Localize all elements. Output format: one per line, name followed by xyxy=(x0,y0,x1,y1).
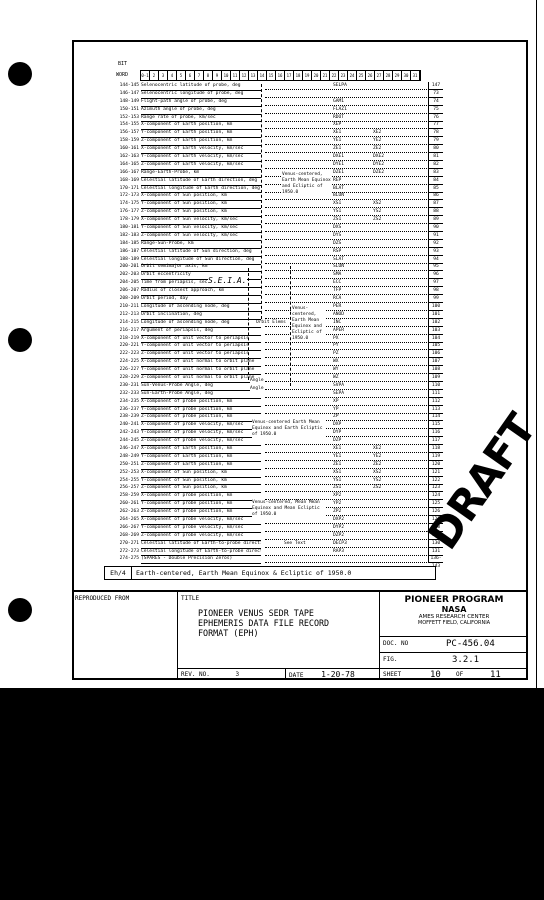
punch-hole xyxy=(8,62,32,86)
bit-column: 24 xyxy=(348,71,357,80)
record-word: 114 xyxy=(428,413,443,421)
mnemonic: INC xyxy=(333,319,341,327)
word-number: 220-221 xyxy=(113,342,139,350)
mnemonic: DZE1 xyxy=(333,169,344,177)
word-number: 232-233 xyxy=(113,390,139,398)
word-number: 172-173 xyxy=(113,192,139,200)
note-venus-centered: Venus-centered, Earth Mean Equinox and E… xyxy=(282,172,332,196)
table-row: 218-219X-component of unit vector to per… xyxy=(113,335,443,343)
table-row: 182-183Z-component of Sun velocity, km/s… xyxy=(113,232,443,240)
bit-column: 19 xyxy=(303,71,312,80)
word-number: 186-187 xyxy=(113,248,139,256)
record-word: 95 xyxy=(428,263,443,271)
mnemonic: SELPA xyxy=(333,82,347,90)
bit-column: 31 xyxy=(411,71,420,80)
mnemonic: DXP2 xyxy=(333,516,344,524)
record-word: 103 xyxy=(428,327,443,335)
field-line xyxy=(265,445,429,453)
record-word: 86 xyxy=(428,192,443,200)
mnemonic: PER xyxy=(333,303,341,311)
mnemonic: ZE1 xyxy=(333,461,341,469)
field-line xyxy=(265,555,429,563)
table-row: 152-153Range rate of probe, km/secRDOT76 xyxy=(113,114,443,122)
table-row: 168-169Celestial latitude of Earth direc… xyxy=(113,177,443,185)
mnemonic: SLAT xyxy=(333,256,344,264)
figure-field: FIG. 3.2.1 xyxy=(380,652,528,666)
mnemonic: ANOD xyxy=(333,311,344,319)
word-number: 200-201 xyxy=(113,263,139,271)
bit-column: 7 xyxy=(195,71,204,80)
word-number: 246-247 xyxy=(113,445,139,453)
record-word: 104 xyxy=(428,335,443,343)
mnemonic: ZP xyxy=(333,413,339,421)
mnemonic: XS1 xyxy=(333,200,341,208)
of-label: OF xyxy=(456,669,463,681)
mnemonic: DYS xyxy=(333,232,341,240)
field-line xyxy=(265,114,429,122)
table-row: 158-159Z-component of Earth position, km… xyxy=(113,137,443,145)
word-number: 148-149 xyxy=(113,98,139,106)
mnemonic: FLAZ1 xyxy=(333,106,347,114)
field-line xyxy=(265,90,429,98)
agency-name: NASA xyxy=(380,605,528,614)
title-line: EPHEMERIS DATA FILE RECORD xyxy=(198,618,329,628)
word-number: 146-147 xyxy=(113,90,139,98)
record-word: 85 xyxy=(428,185,443,193)
mnemonic: SVPA xyxy=(333,382,344,390)
word-number: 234-235 xyxy=(113,398,139,406)
table-row: 270-271Celestial latitude of Earth-to-pr… xyxy=(113,540,443,548)
mnemonic: WZ xyxy=(333,374,339,382)
word-number: 212-213 xyxy=(113,311,139,319)
record-word: 87 xyxy=(428,200,443,208)
title-block: REPRODUCED FROM TITLE PIONEER VENUS SEDR… xyxy=(72,590,528,682)
field-line xyxy=(265,248,429,256)
word-number: 188-189 xyxy=(113,256,139,264)
record-word: 111 xyxy=(428,390,443,398)
record-word: 76 xyxy=(428,114,443,122)
title-label: TITLE xyxy=(181,595,199,602)
word-number: 218-219 xyxy=(113,335,139,343)
title-line: FORMAT (EPH) xyxy=(198,628,329,638)
mnemonic: DZP2 xyxy=(333,532,344,540)
page-edge xyxy=(536,0,544,688)
table-row: 174-175Y-component of Sun position, kmXS… xyxy=(113,200,443,208)
record-word: 112 xyxy=(428,398,443,406)
bit-column: 21 xyxy=(321,71,330,80)
word-number: 222-223 xyxy=(113,350,139,358)
record-word: 74 xyxy=(428,98,443,106)
table-row: 220-221Y-component of unit vector to per… xyxy=(113,342,443,350)
mnemonic-2: XE2 xyxy=(373,129,381,137)
mnemonic: WY xyxy=(333,366,339,374)
mnemonic: XE1 xyxy=(333,129,341,137)
table-row: 204-205Time from periapsis, secECC97 xyxy=(113,279,443,287)
doc-value: PC-456.04 xyxy=(446,637,495,651)
bit-column: 18 xyxy=(294,71,303,80)
bit-column: 17 xyxy=(285,71,294,80)
word-number: 164-165 xyxy=(113,161,139,169)
field-line xyxy=(265,106,429,114)
bit-column: 4 xyxy=(168,71,177,80)
bit-column: 16 xyxy=(276,71,285,80)
word-number: 274-275 xyxy=(113,555,139,563)
record-word: 107 xyxy=(428,358,443,366)
word-number: 228-229 xyxy=(113,374,139,382)
table-row: 212-213Orbit inclination, degANOD101 xyxy=(113,311,443,319)
date-label: DATE xyxy=(289,672,303,679)
field-line xyxy=(265,208,429,216)
word-number: 262-263 xyxy=(113,508,139,516)
field-line xyxy=(265,224,429,232)
record-word: 73 xyxy=(428,90,443,98)
note-venus-centered-3: Venus-centered Earth Mean Equinox and Ea… xyxy=(252,420,326,438)
field-line xyxy=(265,532,429,540)
record-word: 119 xyxy=(428,453,443,461)
program-box: PIONEER PROGRAM NASA AMES RESEARCH CENTE… xyxy=(380,592,528,636)
word-number: 238-239 xyxy=(113,413,139,421)
table-row: 244-245Z-component of probe velocity, km… xyxy=(113,437,443,445)
table-row: 150-151Azimuth angle of probe, degFLAZ17… xyxy=(113,106,443,114)
bit-label: BIT xyxy=(118,61,127,67)
punch-hole xyxy=(8,328,32,352)
mnemonic: REP xyxy=(333,177,341,185)
table-row: 156-157Y-component of Earth position, km… xyxy=(113,129,443,137)
record-word: 80 xyxy=(428,145,443,153)
word-number: 158-159 xyxy=(113,137,139,145)
word-number: 230-231 xyxy=(113,382,139,390)
mnemonic: ZS1 xyxy=(333,216,341,224)
bit-column: 2 xyxy=(150,71,159,80)
table-row: 144-145Selenocentric latitude of probe, … xyxy=(113,82,443,90)
date-field: DATE 1-20-78 xyxy=(286,668,380,680)
field-line xyxy=(265,98,429,106)
field-line xyxy=(265,216,429,224)
table-row: 224-225X-component of unit normal to orb… xyxy=(113,358,443,366)
word-number: 248-249 xyxy=(113,453,139,461)
bit-column-header: 0-12345678910111213141516171819202122232… xyxy=(140,70,421,81)
sheet-label: SHEET xyxy=(383,671,401,678)
doc-number-field: DOC. NO PC-456.04 xyxy=(380,636,528,650)
word-number: 250-251 xyxy=(113,461,139,469)
mnemonic: GAM1 xyxy=(333,98,344,106)
bit-column: 9 xyxy=(213,71,222,80)
word-number: 244-245 xyxy=(113,437,139,445)
field-line xyxy=(265,82,429,90)
fig-label: FIG. xyxy=(383,656,397,663)
record-word: 120 xyxy=(428,461,443,469)
table-row: 268-269Z-component of probe velocity, km… xyxy=(113,532,443,540)
word-number: 214-215 xyxy=(113,319,139,327)
word-number: 210-211 xyxy=(113,303,139,311)
table-row: 232-233Sun-Earth-Probe Angle, degSEPA111 xyxy=(113,390,443,398)
record-word: 98 xyxy=(428,287,443,295)
date-value: 1-20-78 xyxy=(321,670,355,679)
record-word: 113 xyxy=(428,406,443,414)
field-line xyxy=(265,161,429,169)
word-number: 184-185 xyxy=(113,240,139,248)
note-orbit-elems: Orbit Elems xyxy=(256,320,286,326)
mnemonic: XE1 xyxy=(333,445,341,453)
table-row: 254-255Y-component of Sun position, kmYS… xyxy=(113,477,443,485)
bit-column: 11 xyxy=(231,71,240,80)
word-number: 202-203 xyxy=(113,271,139,279)
bit-column: 30 xyxy=(402,71,411,80)
bit-column: 8 xyxy=(204,71,213,80)
bit-column: 20 xyxy=(312,71,321,80)
note-angle: Angle xyxy=(250,378,264,384)
mnemonic-2: XS2 xyxy=(373,469,381,477)
mnemonic: BLON xyxy=(333,192,344,200)
field-line xyxy=(265,469,429,477)
word-number: 156-157 xyxy=(113,129,139,137)
word-number: 224-225 xyxy=(113,358,139,366)
footnote-key: Eh/4 xyxy=(105,567,132,579)
word-number: 180-181 xyxy=(113,224,139,232)
table-row: 248-249Y-component of Earth position, km… xyxy=(113,453,443,461)
mnemonic: RAP3 xyxy=(333,548,344,556)
title-box: TITLE PIONEER VENUS SEDR TAPE EPHEMERIS … xyxy=(178,592,380,668)
mnemonic: SMA xyxy=(333,271,341,279)
word-number: 204-205 xyxy=(113,279,139,287)
bit-column: 0-1 xyxy=(141,71,150,80)
record-word: 102 xyxy=(428,319,443,327)
handwritten-annotation: S.E.I.A. xyxy=(208,278,247,284)
table-row: 222-223Z-component of unit vector to per… xyxy=(113,350,443,358)
bit-column: 27 xyxy=(375,71,384,80)
bit-column: 12 xyxy=(240,71,249,80)
mnemonic: TFP xyxy=(333,287,341,295)
field-line xyxy=(265,437,429,445)
mnemonic: DZP xyxy=(333,437,341,445)
table-row: 148-149Flight-path angle of probe, degGA… xyxy=(113,98,443,106)
note-venus-centered-4: Venus-centered, Mean Mean Equinox and Me… xyxy=(252,500,326,518)
record-word: 83 xyxy=(428,169,443,177)
mnemonic: YS1 xyxy=(333,208,341,216)
bit-column: 3 xyxy=(159,71,168,80)
record-word: 131 xyxy=(428,548,443,556)
mnemonic: DECP3 xyxy=(333,540,347,548)
table-row: 188-189Celestial longitude of Sun direct… xyxy=(113,256,443,264)
table-row: 250-251Z-component of Earth position, km… xyxy=(113,461,443,469)
record-word: 110 xyxy=(428,382,443,390)
record-word: 88 xyxy=(428,208,443,216)
word-number: 206-207 xyxy=(113,287,139,295)
sheet-value: 10 xyxy=(430,669,441,681)
bit-column: 22 xyxy=(330,71,339,80)
program-name: PIONEER PROGRAM xyxy=(380,595,528,605)
word-number: 240-241 xyxy=(113,421,139,429)
word-number: 254-255 xyxy=(113,477,139,485)
mnemonic-2: DZE2 xyxy=(373,169,384,177)
record-word: 118 xyxy=(428,445,443,453)
bit-column: 6 xyxy=(186,71,195,80)
note-venus-centered-2: Venus-centered, Earth Mean Equinox and E… xyxy=(292,306,326,342)
record-word: 92 xyxy=(428,240,443,248)
word-number: 166-167 xyxy=(113,169,139,177)
mnemonic: BLAT xyxy=(333,185,344,193)
mnemonic: DXE1 xyxy=(333,153,344,161)
table-row: 166-167Range-Earth-Probe, kmDZE1DZE283 xyxy=(113,169,443,177)
record-word: 75 xyxy=(428,106,443,114)
word-number: 182-183 xyxy=(113,232,139,240)
mnemonic-2: ZS2 xyxy=(373,216,381,224)
table-row: 246-247X-component of Earth position, km… xyxy=(113,445,443,453)
mnemonic: DYE1 xyxy=(333,161,344,169)
mnemonic: XP2 xyxy=(333,492,341,500)
word-label: WORD xyxy=(116,72,128,78)
mnemonic: YE1 xyxy=(333,453,341,461)
field-line xyxy=(265,390,429,398)
table-row: 162-163Y-component of Earth velocity, km… xyxy=(113,153,443,161)
record-word: 106 xyxy=(428,350,443,358)
mnemonic: XEP xyxy=(333,121,341,129)
word-number: 174-175 xyxy=(113,200,139,208)
record-word: 117 xyxy=(428,437,443,445)
table-row: 178-179X-component of Sun velocity, km/s… xyxy=(113,216,443,224)
mnemonic-2: DXE2 xyxy=(373,153,384,161)
field-line xyxy=(265,484,429,492)
mnemonic: ECC xyxy=(333,279,341,287)
table-row: 230-231Sun-Venus-Probe Angle, degSVPA110 xyxy=(113,382,443,390)
word-number: 242-243 xyxy=(113,429,139,437)
record-word: 82 xyxy=(428,161,443,169)
document-title: PIONEER VENUS SEDR TAPE EPHEMERIS DATA F… xyxy=(198,608,329,638)
mnemonic-2: XS2 xyxy=(373,200,381,208)
reproduced-from: REPRODUCED FROM xyxy=(72,592,178,680)
record-word: 91 xyxy=(428,232,443,240)
record-word: 99 xyxy=(428,295,443,303)
table-row: 274-275(SPARES - Double Precision Zeros)… xyxy=(113,555,443,563)
word-number: 170-171 xyxy=(113,185,139,193)
table-row: 180-181Y-component of Sun velocity, km/s… xyxy=(113,224,443,232)
mnemonic: SLON xyxy=(333,263,344,271)
mnemonic-2: YE2 xyxy=(373,137,381,145)
mnemonic: RSP xyxy=(333,248,341,256)
mnemonic-2: DYE2 xyxy=(373,161,384,169)
table-row: 176-177Z-component of Sun position, kmYS… xyxy=(113,208,443,216)
field-line xyxy=(265,153,429,161)
table-row: 234-235X-component of probe position, km… xyxy=(113,398,443,406)
record-word: 89 xyxy=(428,216,443,224)
table-row: 266-267Y-component of probe velocity, km… xyxy=(113,524,443,532)
mnemonic: XS1 xyxy=(333,469,341,477)
field-line xyxy=(265,137,429,145)
field-description: (SPARES - Double Precision Zeros) xyxy=(141,555,261,564)
mnemonic: RCA xyxy=(333,295,341,303)
fig-value: 3.2.1 xyxy=(452,653,479,667)
word-number: 216-217 xyxy=(113,327,139,335)
record-word: 79 xyxy=(428,137,443,145)
record-word: 116 xyxy=(428,429,443,437)
word-number: 236-237 xyxy=(113,406,139,414)
mnemonic: DYP2 xyxy=(333,524,344,532)
note-angle: Angle xyxy=(250,386,264,392)
mnemonic: PY xyxy=(333,342,339,350)
record-word: 105 xyxy=(428,342,443,350)
revision-field: REV. NO. 3 xyxy=(178,668,286,680)
record-word: 96 xyxy=(428,271,443,279)
bit-column: 23 xyxy=(339,71,348,80)
mnemonic: YP xyxy=(333,406,339,414)
mnemonic: XP xyxy=(333,398,339,406)
table-row: 228-229Z-component of unit normal to orb… xyxy=(113,374,443,382)
mnemonic: DXP xyxy=(333,421,341,429)
bit-column: 5 xyxy=(177,71,186,80)
table-row: 200-201Orbit semimajor axis, kmSLON95 xyxy=(113,263,443,271)
bracket xyxy=(286,266,291,386)
record-word: 90 xyxy=(428,224,443,232)
mnemonic-2: YS2 xyxy=(373,477,381,485)
table-row: 208-209Orbit period, dayRCA99 xyxy=(113,295,443,303)
record-word: 115 xyxy=(428,421,443,429)
table-row: 160-161X-component of Earth velocity, km… xyxy=(113,145,443,153)
bit-column: 25 xyxy=(357,71,366,80)
record-word: 108 xyxy=(428,366,443,374)
field-line xyxy=(265,240,429,248)
word-number: 176-177 xyxy=(113,208,139,216)
mnemonic-2: ZE2 xyxy=(373,145,381,153)
field-line xyxy=(265,129,429,137)
field-line xyxy=(265,477,429,485)
word-number: 226-227 xyxy=(113,366,139,374)
table-row: 186-187Celestial latitude of Sun directi… xyxy=(113,248,443,256)
word-number: 152-153 xyxy=(113,114,139,122)
mnemonic: YS1 xyxy=(333,477,341,485)
sheet-field: SHEET 10 OF 11 xyxy=(380,668,528,680)
table-row: 216-217Argument of periapsis, degAPER103 xyxy=(113,327,443,335)
location: MOFFETT FIELD, CALIFORNIA xyxy=(380,620,528,626)
mnemonic-2: YS2 xyxy=(373,208,381,216)
mnemonic: APER xyxy=(333,327,344,335)
table-row: 206-207Radius of closest approach, kmTFP… xyxy=(113,287,443,295)
mnemonic: DXS xyxy=(333,224,341,232)
doc-label: DOC. NO xyxy=(383,640,408,647)
table-row: 172-173X-component of Sun position, kmBL… xyxy=(113,192,443,200)
record-word: 84 xyxy=(428,177,443,185)
word-number: 160-161 xyxy=(113,145,139,153)
record-word: 78 xyxy=(428,129,443,137)
mnemonic: DZS xyxy=(333,240,341,248)
mnemonic-2: YE2 xyxy=(373,453,381,461)
field-line xyxy=(265,200,429,208)
field-line xyxy=(265,406,429,414)
table-row: 184-185Range-Sun-Probe, kmDZS92 xyxy=(113,240,443,248)
field-line xyxy=(265,461,429,469)
rev-label: REV. NO. xyxy=(181,671,210,678)
word-number: 208-209 xyxy=(113,295,139,303)
record-word: 122 xyxy=(428,477,443,485)
bracket xyxy=(257,84,262,324)
mnemonic: PX xyxy=(333,335,339,343)
field-line xyxy=(265,121,429,129)
mnemonic: SEPA xyxy=(333,390,344,398)
mnemonic: YP2 xyxy=(333,500,341,508)
record-word: 93 xyxy=(428,248,443,256)
mnemonic: PZ xyxy=(333,350,339,358)
field-line xyxy=(265,548,429,556)
bit-column: 10 xyxy=(222,71,231,80)
word-number: 256-257 xyxy=(113,484,139,492)
bit-column: 26 xyxy=(366,71,375,80)
mnemonic: DYP xyxy=(333,429,341,437)
field-line xyxy=(265,524,429,532)
punch-hole xyxy=(8,598,32,622)
record-word: 109 xyxy=(428,374,443,382)
record-word: 81 xyxy=(428,153,443,161)
table-row: 256-257Z-component of Sun position, kmZS… xyxy=(113,484,443,492)
word-number: 178-179 xyxy=(113,216,139,224)
